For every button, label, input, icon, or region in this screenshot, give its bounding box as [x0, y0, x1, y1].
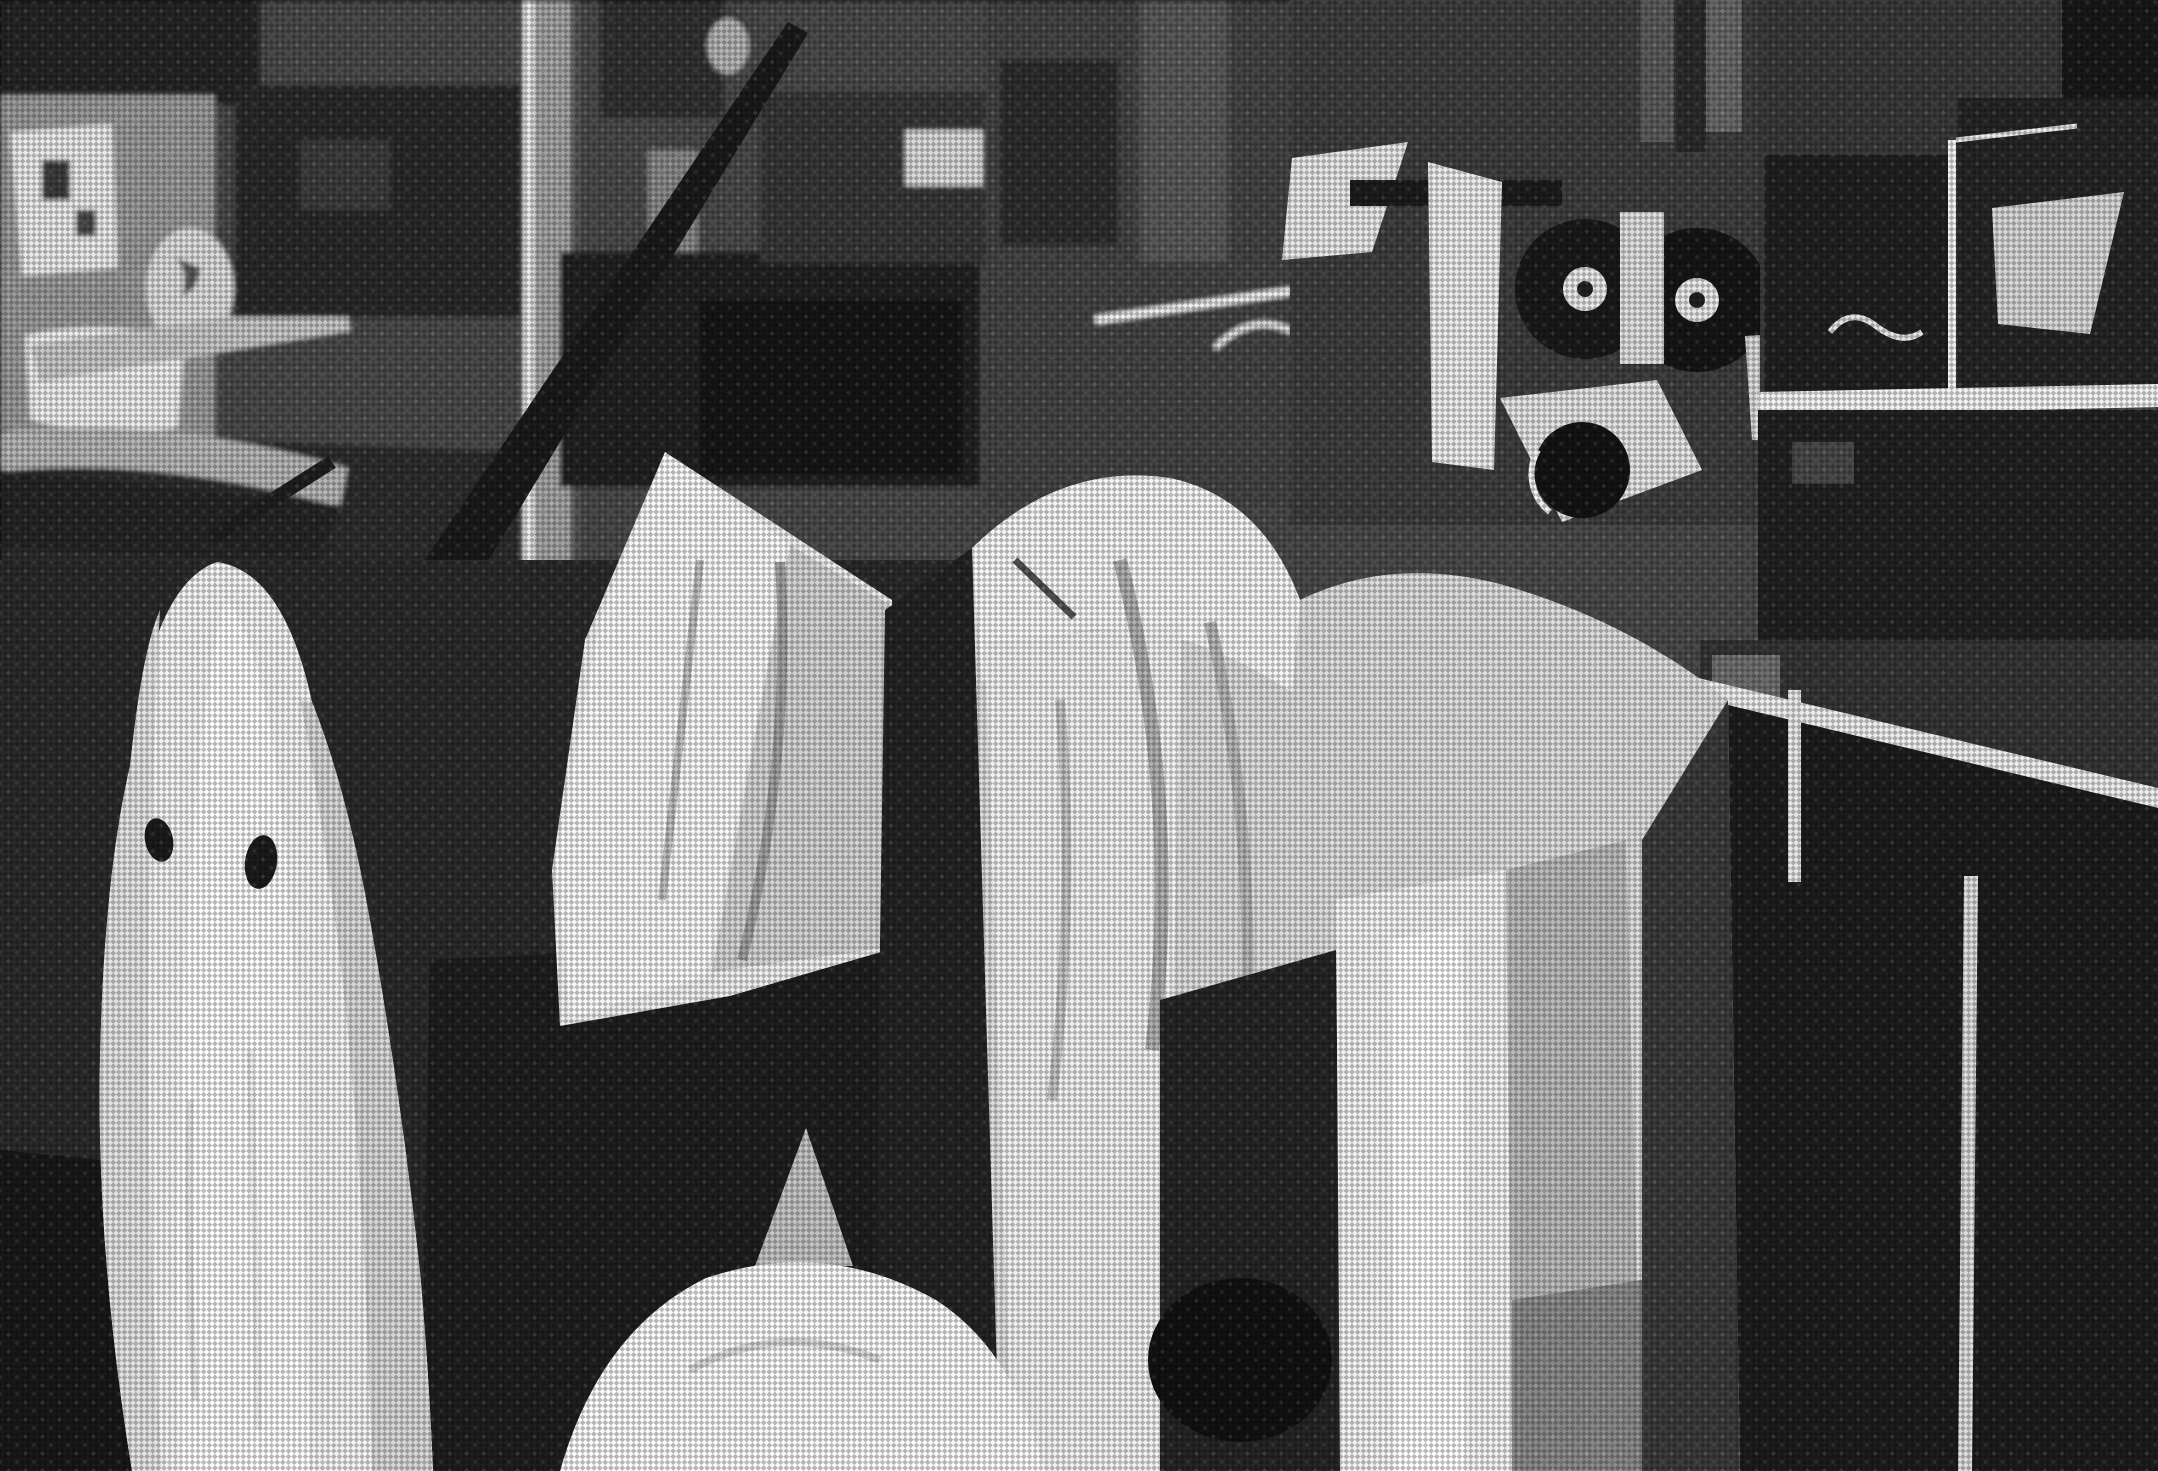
halftone-overlay [0, 0, 2158, 1471]
halftone-photo: Halftone photograph: workshop with sheet… [0, 0, 2158, 1471]
photo-canvas: Halftone photograph: workshop with sheet… [0, 0, 2158, 1471]
